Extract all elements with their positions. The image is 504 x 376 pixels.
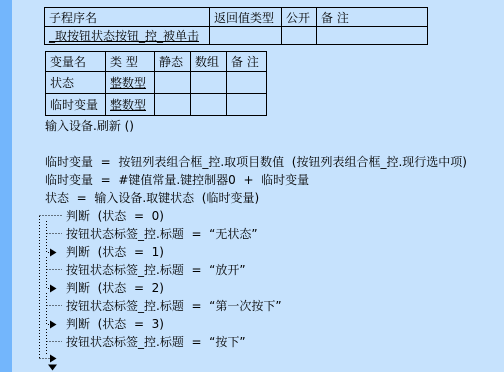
variable-comment-cell[interactable]	[227, 72, 267, 94]
code-line[interactable]: 输入设备.刷新 ()	[0, 117, 504, 135]
variable-type[interactable]: 整数型	[110, 76, 146, 90]
col-public: 公开	[282, 8, 317, 27]
variable-array-cell[interactable]	[191, 94, 227, 116]
variable-type-cell[interactable]: 整数型	[106, 72, 155, 94]
subroutine-name-cell[interactable]: _取按钮状态按钮_控_被单击	[45, 27, 210, 45]
code-line[interactable]: 按钮状态标签_控.标题 = “放开”	[0, 261, 504, 279]
col-subroutine-name: 子程序名	[45, 8, 210, 27]
variable-static-cell[interactable]	[155, 94, 191, 116]
variable-static-cell[interactable]	[155, 72, 191, 94]
subroutine-return-type-cell[interactable]	[210, 27, 282, 45]
variable-type[interactable]: 整数型	[110, 98, 146, 112]
easylanguage-subroutine-view: 子程序名 返回值类型 公开 备 注 _取按钮状态按钮_控_被单击 变量名 类 型…	[0, 0, 504, 376]
subroutine-table-header: 子程序名 返回值类型 公开 备 注	[45, 8, 428, 27]
col-variable-array: 数组	[191, 52, 227, 72]
code-line-decision[interactable]: 判断 (状态 = 3)	[0, 315, 504, 333]
code-line[interactable]: 按钮状态标签_控.标题 = “按下”	[0, 333, 504, 351]
col-return-type: 返回值类型	[210, 8, 282, 27]
code-line-decision[interactable]: 判断 (状态 = 0)	[0, 207, 504, 225]
subroutine-comment-cell[interactable]	[317, 27, 428, 45]
col-variable-type: 类 型	[106, 52, 155, 72]
variable-name-cell[interactable]: 临时变量	[46, 94, 106, 116]
variable-name-cell[interactable]: 状态	[46, 72, 106, 94]
variable-comment-cell[interactable]	[227, 94, 267, 116]
block-end-arrow-icon	[48, 365, 57, 371]
variable-type-cell[interactable]: 整数型	[106, 94, 155, 116]
code-line-decision[interactable]: 判断 (状态 = 1)	[0, 243, 504, 261]
col-variable-static: 静态	[155, 52, 191, 72]
variable-row: 状态 整数型	[46, 72, 267, 94]
code-block: 输入设备.刷新 () 临时变量 = 按钮列表组合框_控.取项目数值 (按钮列表组…	[0, 117, 504, 351]
code-line[interactable]: 临时变量 = #键值常量.键控制器0 + 临时变量	[0, 171, 504, 189]
code-line[interactable]: 按钮状态标签_控.标题 = “第一次按下”	[0, 297, 504, 315]
variable-table-header: 变量名 类 型 静态 数组 备 注	[46, 52, 267, 72]
branch-arrow-icon	[50, 355, 57, 363]
variable-row: 临时变量 整数型	[46, 94, 267, 116]
code-line-blank[interactable]	[0, 135, 504, 153]
code-line[interactable]: 按钮状态标签_控.标题 = “无状态”	[0, 225, 504, 243]
variable-array-cell[interactable]	[191, 72, 227, 94]
code-line-decision[interactable]: 判断 (状态 = 2)	[0, 279, 504, 297]
variable-table: 变量名 类 型 静态 数组 备 注 状态 整数型 临时变量 整数型	[45, 51, 267, 116]
subroutine-name[interactable]: _取按钮状态按钮_控_被单击	[49, 29, 199, 43]
col-variable-name: 变量名	[46, 52, 106, 72]
bottom-margin	[0, 372, 504, 376]
code-line[interactable]: 状态 = 输入设备.取键状态 (临时变量)	[0, 189, 504, 207]
code-line[interactable]: 临时变量 = 按钮列表组合框_控.取项目数值 (按钮列表组合框_控.现行选中项)	[0, 153, 504, 171]
col-comment: 备 注	[317, 8, 428, 27]
subroutine-row: _取按钮状态按钮_控_被单击	[45, 27, 428, 45]
subroutine-table: 子程序名 返回值类型 公开 备 注 _取按钮状态按钮_控_被单击	[44, 7, 428, 45]
col-variable-comment: 备 注	[227, 52, 267, 72]
subroutine-public-cell[interactable]	[282, 27, 317, 45]
